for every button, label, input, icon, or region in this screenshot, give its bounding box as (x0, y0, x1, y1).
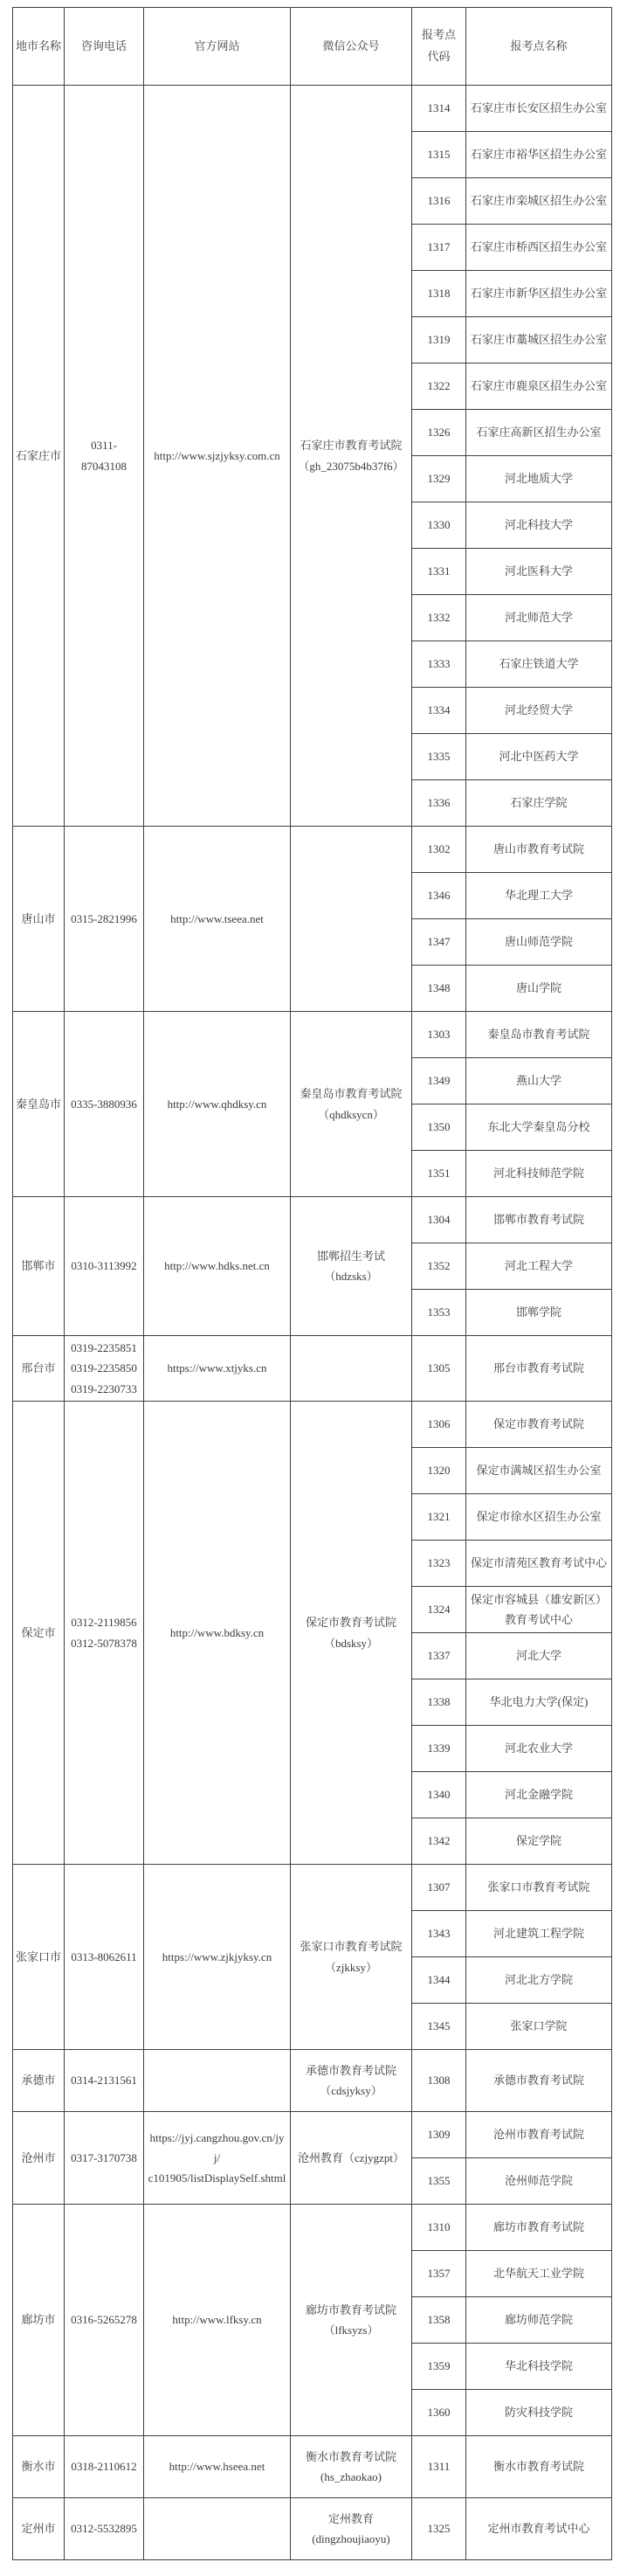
point-name-cell: 河北中医药大学 (466, 734, 612, 780)
wechat-cell-line: （qhdksycn） (293, 1104, 409, 1125)
point-name-cell: 保定市容城县（雄安新区）教育考试中心 (466, 1587, 612, 1633)
point-code-cell: 1349 (412, 1058, 466, 1104)
point-code-cell: 1357 (412, 2251, 466, 2297)
website-cell (144, 2498, 291, 2560)
phone-cell: 0312-21198560312-5078378 (65, 1402, 144, 1865)
wechat-cell-line: 保定市教育考试院 (293, 1612, 409, 1632)
city-name-cell: 廊坊市 (13, 2205, 65, 2436)
point-code-cell: 1329 (412, 456, 466, 502)
city-name-cell: 张家口市 (13, 1865, 65, 2050)
header-wechat: 微信公众号 (291, 8, 412, 86)
wechat-cell: 石家庄市教育考试院（gh_23075b4b37f6） (291, 86, 412, 827)
point-name-cell: 保定市教育考试院 (466, 1402, 612, 1448)
point-name-cell: 河北北方学院 (466, 1957, 612, 2004)
city-name-cell: 承德市 (13, 2050, 65, 2112)
city-name-cell: 定州市 (13, 2498, 65, 2560)
point-code-cell: 1326 (412, 410, 466, 456)
point-name-cell: 河北经贸大学 (466, 688, 612, 734)
point-name-cell: 河北科技师范学院 (466, 1151, 612, 1197)
point-code-cell: 1340 (412, 1772, 466, 1818)
point-code-cell: 1359 (412, 2344, 466, 2390)
point-name-cell: 石家庄高新区招生办公室 (466, 410, 612, 456)
point-code-cell: 1355 (412, 2158, 466, 2205)
point-name-cell: 沧州市教育考试院 (466, 2112, 612, 2158)
point-name-cell: 保定学院 (466, 1818, 612, 1865)
header-city: 地市名称 (13, 8, 65, 86)
wechat-cell-line: （cdsjyksy） (293, 2081, 409, 2101)
phone-cell-line: 0310-3113992 (67, 1256, 141, 1276)
wechat-cell-line: 衡水市教育考试院 (293, 2447, 409, 2467)
wechat-cell: 张家口市教育考试院（zjkksy） (291, 1865, 412, 2050)
city-name-cell-line: 邢台市 (16, 1358, 61, 1378)
website-cell-line: http://www.bdksy.cn (147, 1623, 287, 1643)
point-code-cell: 1344 (412, 1957, 466, 2004)
registration-point-row: 保定市0312-21198560312-5078378http://www.bd… (13, 1402, 612, 1448)
point-code-cell: 1334 (412, 688, 466, 734)
point-name-cell: 华北科技学院 (466, 2344, 612, 2390)
point-code-cell: 1331 (412, 549, 466, 595)
registration-point-row: 廊坊市0316-5265278http://www.lfksy.cn廊坊市教育考… (13, 2205, 612, 2251)
website-cell-line: http://www.hseea.net (147, 2456, 287, 2476)
point-name-cell: 唐山师范学院 (466, 919, 612, 966)
point-code-cell: 1309 (412, 2112, 466, 2158)
table-body: 石家庄市0311-87043108http://www.sjzjyksy.com… (13, 86, 612, 2560)
website-cell: http://www.lfksy.cn (144, 2205, 291, 2436)
point-name-cell: 邯郸市教育考试院 (466, 1197, 612, 1243)
website-cell: https://www.xtjyks.cn (144, 1336, 291, 1402)
point-code-cell: 1306 (412, 1402, 466, 1448)
point-name-cell: 石家庄市鹿泉区招生办公室 (466, 364, 612, 410)
point-name-cell: 邢台市教育考试院 (466, 1336, 612, 1402)
wechat-cell: 廊坊市教育考试院（lfksyzs） (291, 2205, 412, 2436)
point-name-cell: 石家庄市栾城区招生办公室 (466, 178, 612, 225)
point-code-cell: 1316 (412, 178, 466, 225)
header-phone: 咨询电话 (65, 8, 144, 86)
phone-cell-line: 0319-2235851 (67, 1338, 141, 1358)
city-name-cell: 秦皇岛市 (13, 1012, 65, 1197)
point-code-cell: 1311 (412, 2436, 466, 2498)
phone-cell-line: 0335-3880936 (67, 1094, 141, 1114)
point-name-cell: 张家口市教育考试院 (466, 1865, 612, 1911)
point-code-cell: 1321 (412, 1494, 466, 1541)
website-cell-line: https://jyj.cangzhou.gov.cn/jyj/ (147, 2128, 287, 2169)
phone-cell-line: 0312-5078378 (67, 1633, 141, 1653)
phone-cell-line: 0316-5265278 (67, 2309, 141, 2330)
point-code-cell: 1310 (412, 2205, 466, 2251)
phone-cell: 0312-5532895 (65, 2498, 144, 2560)
city-name-cell: 邢台市 (13, 1336, 65, 1402)
city-name-cell-line: 衡水市 (16, 2456, 61, 2476)
phone-cell: 0311-87043108 (65, 86, 144, 827)
registration-point-row: 唐山市0315-2821996http://www.tseea.net1302唐… (13, 827, 612, 873)
point-code-cell: 1342 (412, 1818, 466, 1865)
point-name-cell: 唐山学院 (466, 966, 612, 1012)
website-cell: https://www.zjkjyksy.cn (144, 1865, 291, 2050)
point-name-cell: 保定市清苑区教育考试中心 (466, 1541, 612, 1587)
point-name-cell: 秦皇岛市教育考试院 (466, 1012, 612, 1058)
website-cell-line: c101905/listDisplaySelf.shtml (147, 2168, 287, 2188)
point-code-cell: 1347 (412, 919, 466, 966)
point-code-cell: 1315 (412, 132, 466, 178)
point-name-cell: 邯郸学院 (466, 1290, 612, 1336)
wechat-cell-line: （zjkksy） (293, 1957, 409, 1977)
city-name-cell: 唐山市 (13, 827, 65, 1012)
registration-point-row: 衡水市0318-2110612http://www.hseea.net衡水市教育… (13, 2436, 612, 2498)
point-code-cell: 1302 (412, 827, 466, 873)
city-name-cell: 沧州市 (13, 2112, 65, 2205)
point-code-cell: 1336 (412, 780, 466, 827)
city-name-cell-line: 唐山市 (16, 909, 61, 929)
point-name-cell: 河北医科大学 (466, 549, 612, 595)
header-point-name: 报考点名称 (466, 8, 612, 86)
phone-cell: 0317-3170738 (65, 2112, 144, 2205)
point-name-cell: 唐山市教育考试院 (466, 827, 612, 873)
phone-cell-line: 0311- (67, 435, 141, 455)
point-code-cell: 1339 (412, 1726, 466, 1772)
point-code-cell: 1324 (412, 1587, 466, 1633)
point-code-cell: 1353 (412, 1290, 466, 1336)
city-name-cell-line: 秦皇岛市 (16, 1094, 61, 1114)
point-code-cell: 1305 (412, 1336, 466, 1402)
wechat-cell: 承德市教育考试院（cdsjyksy） (291, 2050, 412, 2112)
point-code-cell: 1314 (412, 86, 466, 132)
point-code-cell: 1345 (412, 2004, 466, 2050)
point-name-cell: 石家庄市新华区招生办公室 (466, 271, 612, 317)
point-name-cell: 衡水市教育考试院 (466, 2436, 612, 2498)
point-name-cell: 河北师范大学 (466, 595, 612, 641)
point-name-cell: 廊坊师范学院 (466, 2297, 612, 2344)
phone-cell: 0319-22358510319-22358500319-2230733 (65, 1336, 144, 1402)
website-cell-line: http://www.sjzjyksy.com.cn (147, 446, 287, 466)
phone-cell-line: 87043108 (67, 456, 141, 476)
wechat-cell-line: (dingzhoujiaoyu) (293, 2529, 409, 2549)
phone-cell-line: 0312-2119856 (67, 1612, 141, 1632)
point-code-cell: 1346 (412, 873, 466, 919)
point-code-cell: 1320 (412, 1448, 466, 1494)
point-code-cell: 1351 (412, 1151, 466, 1197)
website-cell-line: http://www.qhdksy.cn (147, 1094, 287, 1114)
point-code-cell: 1335 (412, 734, 466, 780)
city-name-cell-line: 邯郸市 (16, 1256, 61, 1276)
wechat-cell (291, 1336, 412, 1402)
phone-cell-line: 0319-2230733 (67, 1379, 141, 1399)
page: 地市名称 咨询电话 官方网站 微信公众号 报考点 代码 报考点名称 石家庄市03… (0, 0, 620, 2576)
city-name-cell: 衡水市 (13, 2436, 65, 2498)
registration-points-table: 地市名称 咨询电话 官方网站 微信公众号 报考点 代码 报考点名称 石家庄市03… (12, 7, 612, 2560)
wechat-cell: 保定市教育考试院（bdsksy） (291, 1402, 412, 1865)
point-name-cell: 石家庄市裕华区招生办公室 (466, 132, 612, 178)
point-name-cell: 华北理工大学 (466, 873, 612, 919)
website-cell: https://jyj.cangzhou.gov.cn/jyj/c101905/… (144, 2112, 291, 2205)
phone-cell-line: 0314-2131561 (67, 2070, 141, 2090)
point-code-cell: 1304 (412, 1197, 466, 1243)
phone-cell: 0313-8062611 (65, 1865, 144, 2050)
city-name-cell: 邯郸市 (13, 1197, 65, 1336)
wechat-cell-line: 张家口市教育考试院 (293, 1936, 409, 1956)
website-cell-line: https://www.zjkjyksy.cn (147, 1947, 287, 1967)
registration-point-row: 沧州市0317-3170738https://jyj.cangzhou.gov.… (13, 2112, 612, 2158)
website-cell: http://www.tseea.net (144, 827, 291, 1012)
point-code-cell: 1338 (412, 1679, 466, 1726)
point-name-cell: 河北建筑工程学院 (466, 1911, 612, 1957)
phone-cell-line: 0319-2235850 (67, 1358, 141, 1378)
wechat-cell-line: （lfksyzs） (293, 2320, 409, 2340)
phone-cell: 0335-3880936 (65, 1012, 144, 1197)
wechat-cell (291, 827, 412, 1012)
header-code-line2: 代码 (415, 48, 463, 66)
point-code-cell: 1325 (412, 2498, 466, 2560)
registration-point-row: 定州市0312-5532895定州教育(dingzhoujiaoyu)1325定… (13, 2498, 612, 2560)
website-cell-line: http://www.lfksy.cn (147, 2309, 287, 2330)
wechat-cell-line: 廊坊市教育考试院 (293, 2300, 409, 2320)
header-code-line1: 报考点 (415, 26, 463, 45)
wechat-cell-line: （hdzsks） (293, 1266, 409, 1286)
phone-cell: 0314-2131561 (65, 2050, 144, 2112)
point-name-cell: 石家庄铁道大学 (466, 641, 612, 688)
phone-cell: 0316-5265278 (65, 2205, 144, 2436)
header-website: 官方网站 (144, 8, 291, 86)
point-code-cell: 1317 (412, 225, 466, 271)
website-cell-line: http://www.hdks.net.cn (147, 1256, 287, 1276)
point-name-cell: 沧州师范学院 (466, 2158, 612, 2205)
website-cell (144, 2050, 291, 2112)
point-code-cell: 1343 (412, 1911, 466, 1957)
point-name-cell: 河北农业大学 (466, 1726, 612, 1772)
point-name-cell: 石家庄市长安区招生办公室 (466, 86, 612, 132)
point-code-cell: 1308 (412, 2050, 466, 2112)
wechat-cell: 定州教育(dingzhoujiaoyu) (291, 2498, 412, 2560)
website-cell: http://www.sjzjyksy.com.cn (144, 86, 291, 827)
wechat-cell-line: (hs_zhaokao) (293, 2467, 409, 2487)
website-cell: http://www.hdks.net.cn (144, 1197, 291, 1336)
point-code-cell: 1330 (412, 502, 466, 549)
point-code-cell: 1307 (412, 1865, 466, 1911)
point-name-cell: 石家庄市藁城区招生办公室 (466, 317, 612, 364)
city-name-cell: 保定市 (13, 1402, 65, 1865)
wechat-cell: 沧州教育（czjygzpt） (291, 2112, 412, 2205)
registration-point-row: 石家庄市0311-87043108http://www.sjzjyksy.com… (13, 86, 612, 132)
phone-cell-line: 0317-3170738 (67, 2148, 141, 2168)
point-code-cell: 1358 (412, 2297, 466, 2344)
point-name-cell: 河北大学 (466, 1633, 612, 1679)
point-name-cell: 保定市徐水区招生办公室 (466, 1494, 612, 1541)
website-cell: http://www.bdksy.cn (144, 1402, 291, 1865)
city-name-cell-line: 沧州市 (16, 2148, 61, 2168)
wechat-cell-line: 定州教育 (293, 2509, 409, 2529)
point-code-cell: 1322 (412, 364, 466, 410)
point-name-cell: 河北金融学院 (466, 1772, 612, 1818)
registration-point-row: 秦皇岛市0335-3880936http://www.qhdksy.cn秦皇岛市… (13, 1012, 612, 1058)
point-code-cell: 1319 (412, 317, 466, 364)
point-name-cell: 定州市教育考试中心 (466, 2498, 612, 2560)
phone-cell-line: 0312-5532895 (67, 2518, 141, 2538)
point-name-cell: 河北科技大学 (466, 502, 612, 549)
phone-cell-line: 0318-2110612 (67, 2456, 141, 2476)
header-code: 报考点 代码 (412, 8, 466, 86)
registration-point-row: 邢台市0319-22358510319-22358500319-2230733h… (13, 1336, 612, 1402)
point-name-cell: 承德市教育考试院 (466, 2050, 612, 2112)
point-code-cell: 1332 (412, 595, 466, 641)
point-name-cell: 北华航天工业学院 (466, 2251, 612, 2297)
wechat-cell-line: （bdsksy） (293, 1633, 409, 1653)
phone-cell-line: 0313-8062611 (67, 1947, 141, 1967)
registration-point-row: 承德市0314-2131561承德市教育考试院（cdsjyksy）1308承德市… (13, 2050, 612, 2112)
wechat-cell-line: 邯郸招生考试 (293, 1246, 409, 1266)
wechat-cell-line: 石家庄市教育考试院 (293, 435, 409, 455)
point-code-cell: 1337 (412, 1633, 466, 1679)
wechat-cell-line: 承德市教育考试院 (293, 2060, 409, 2081)
point-code-cell: 1323 (412, 1541, 466, 1587)
registration-point-row: 邯郸市0310-3113992http://www.hdks.net.cn邯郸招… (13, 1197, 612, 1243)
point-name-cell: 石家庄学院 (466, 780, 612, 827)
city-name-cell-line: 承德市 (16, 2070, 61, 2090)
website-cell-line: http://www.tseea.net (147, 909, 287, 929)
city-name-cell: 石家庄市 (13, 86, 65, 827)
point-code-cell: 1318 (412, 271, 466, 317)
website-cell: http://www.qhdksy.cn (144, 1012, 291, 1197)
phone-cell: 0318-2110612 (65, 2436, 144, 2498)
city-name-cell-line: 保定市 (16, 1623, 61, 1643)
point-code-cell: 1303 (412, 1012, 466, 1058)
point-code-cell: 1352 (412, 1243, 466, 1290)
wechat-cell-line: 秦皇岛市教育考试院 (293, 1084, 409, 1104)
city-name-cell-line: 定州市 (16, 2518, 61, 2538)
phone-cell: 0310-3113992 (65, 1197, 144, 1336)
point-name-cell: 河北地质大学 (466, 456, 612, 502)
point-name-cell: 燕山大学 (466, 1058, 612, 1104)
point-code-cell: 1350 (412, 1104, 466, 1151)
point-name-cell: 保定市满城区招生办公室 (466, 1448, 612, 1494)
point-name-cell: 华北电力大学(保定) (466, 1679, 612, 1726)
point-code-cell: 1333 (412, 641, 466, 688)
city-name-cell-line: 张家口市 (16, 1947, 61, 1967)
point-name-cell: 廊坊市教育考试院 (466, 2205, 612, 2251)
wechat-cell: 邯郸招生考试（hdzsks） (291, 1197, 412, 1336)
city-name-cell-line: 石家庄市 (16, 446, 61, 466)
website-cell: http://www.hseea.net (144, 2436, 291, 2498)
point-code-cell: 1348 (412, 966, 466, 1012)
wechat-cell: 秦皇岛市教育考试院（qhdksycn） (291, 1012, 412, 1197)
registration-point-row: 张家口市0313-8062611https://www.zjkjyksy.cn张… (13, 1865, 612, 1911)
phone-cell-line: 0315-2821996 (67, 909, 141, 929)
wechat-cell: 衡水市教育考试院(hs_zhaokao) (291, 2436, 412, 2498)
header-row: 地市名称 咨询电话 官方网站 微信公众号 报考点 代码 报考点名称 (13, 8, 612, 86)
point-name-cell: 石家庄市桥西区招生办公室 (466, 225, 612, 271)
point-name-cell: 河北工程大学 (466, 1243, 612, 1290)
wechat-cell-line: （gh_23075b4b37f6） (293, 456, 409, 476)
wechat-cell-line: 沧州教育（czjygzpt） (293, 2148, 409, 2168)
point-name-cell: 东北大学秦皇岛分校 (466, 1104, 612, 1151)
phone-cell: 0315-2821996 (65, 827, 144, 1012)
city-name-cell-line: 廊坊市 (16, 2309, 61, 2330)
table-header: 地市名称 咨询电话 官方网站 微信公众号 报考点 代码 报考点名称 (13, 8, 612, 86)
point-name-cell: 张家口学院 (466, 2004, 612, 2050)
website-cell-line: https://www.xtjyks.cn (147, 1358, 287, 1378)
